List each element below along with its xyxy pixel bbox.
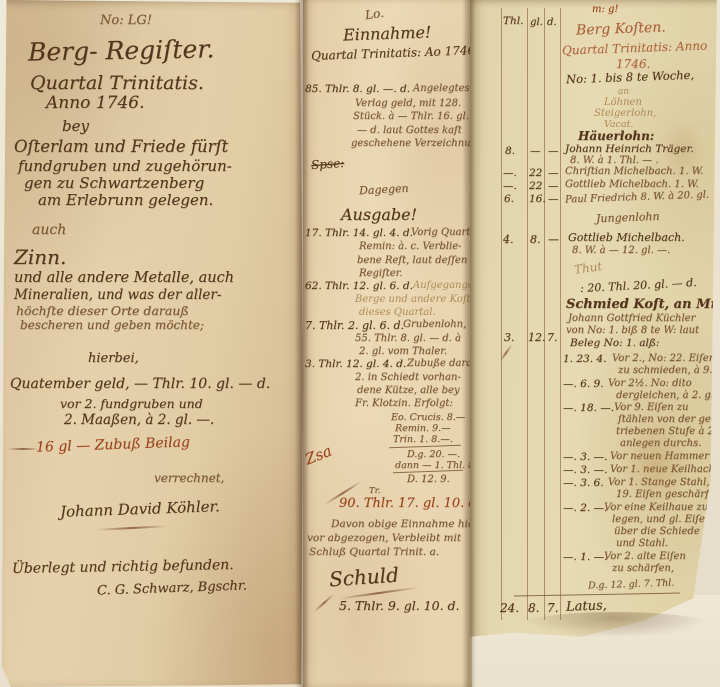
einnahme-heading: Einnahme! [343, 24, 432, 43]
item-nums: —. 2. —. [563, 503, 607, 514]
scope-line: höchſte dieser Orte darauß [16, 305, 189, 318]
table-rule-vertical [501, 8, 502, 620]
item-text: Vor 9. Eiſen zu [614, 403, 688, 413]
expense-amount: 62. Thlr. 12. gl. 6. d. [305, 281, 413, 292]
wage-thl: 6. [504, 194, 514, 205]
wage-d: — [548, 234, 559, 245]
expense-text: Zubuße darauf und [407, 359, 472, 369]
column-header-thl: Thl. [503, 16, 523, 27]
item-text: Vor 2. alte Eiſen [604, 552, 686, 562]
expense-text: dene Kütze, alle bey [357, 386, 460, 396]
sub-sum: Eo. Crucis. 8.— [391, 413, 465, 423]
wage-gl: 16. [529, 194, 546, 205]
expense-text: Vorig Quartal [411, 228, 472, 238]
balance-line: Schluß Quartal Trinit. a. [309, 547, 439, 558]
item-nums: 1. 23. 4. [563, 354, 606, 365]
dedication-line: Oſterlam und Friede fürſt [14, 139, 228, 156]
ink-stroke [8, 448, 38, 450]
wage-thl: —. [503, 168, 517, 179]
income-text: geschehene Verzeichnuß. [351, 139, 472, 149]
wage-d: — [548, 181, 559, 192]
wage-gl: 22 [529, 168, 542, 179]
verrechnet-line: verrechnet, [154, 472, 224, 484]
bergkosten-title: Berg Koſten. [576, 20, 666, 37]
motto-line: m: g! [592, 5, 618, 15]
auch-line: auch [32, 223, 66, 237]
schmied-gl: 12. [528, 332, 546, 343]
summa-superscript: Tr. [369, 487, 381, 496]
sub-sum: Trin. 1. 8.—. [393, 435, 453, 445]
item-text: ſtählen von der ge- [618, 415, 714, 425]
summa-mark: Zsa [303, 443, 334, 467]
quatember-line: Quatember geld, — Thlr. 10. gl. — d. [10, 377, 270, 391]
jungenlohn-heading: Jungenlohn [596, 211, 660, 224]
scope-line: Mineralien, und was der aller- [14, 289, 221, 303]
item-text: Vor 2½. No: dito [608, 379, 692, 389]
wage-gl: 8. [530, 234, 541, 245]
page-title: Berg- Regiſter. [28, 36, 215, 64]
summa-line: 90. Thlr. 17. gl. 10. d. [339, 497, 472, 510]
expense-text: Aufgegangene [413, 281, 472, 291]
item-nums: —. 6. 9. [563, 379, 604, 390]
item-text: anlegen durchs. [620, 439, 701, 449]
dedication-line: fundgruben und zugehörun- [18, 159, 232, 174]
item-text: Vor 2., No: 22. Eiſen [612, 354, 715, 364]
wage-thl: 8. [505, 146, 515, 157]
subtotal-line: D.g. 12. gl. 7. Thl. [588, 578, 675, 591]
manuscript-photo: No: LG! Berg- Regiſter. Quartal Trinitat… [0, 0, 720, 687]
bey-line: bey [62, 119, 89, 134]
item-nums: —. 3. —. [563, 452, 607, 463]
expense-text: 2. in Schiedt vorhan- [355, 373, 461, 383]
wage-text: Chriſtian Michelbach. 1. W. [565, 167, 703, 177]
wage-d: — [548, 168, 559, 179]
schuld-heading: Schuld [328, 565, 399, 590]
an-line: an [618, 88, 629, 97]
sub-sum: D.g. 20. —. [407, 450, 460, 460]
signature-schwarz: C. G. Schwarz, Bgschr. [97, 579, 247, 597]
item-text: Vor neuen Hammer [610, 452, 709, 462]
item-text: dergleichen, à 2. gl. d. [616, 391, 718, 401]
quatember-line: vor 2. fundgruben und [60, 398, 203, 411]
item-text: und Stahl. [616, 539, 668, 549]
expense-text: 55. Thlr. 8. gl. — d. à [355, 334, 461, 344]
income-text: Stück. à — Thlr. 16. gl. [353, 112, 469, 122]
page-curl-shadow [520, 612, 710, 638]
item-text: 19. Eiſen geschärfet [616, 490, 718, 500]
sub-sum: D. 12. 9. [407, 475, 450, 485]
zubuss-note: 16 gl — Zubuß Beilag [36, 435, 190, 454]
item-text: Vor eine Keilhaue zu ver- [604, 503, 718, 513]
column-header-d: d. [547, 18, 557, 28]
quatember-line: 2. Maaßen, à 2. gl. —. [64, 414, 214, 428]
hierbei-line: hierbei, [88, 352, 139, 365]
expense-text: Berge und andere Koſten [355, 295, 472, 305]
dedication-line: gen zu Schwartzenberg [24, 176, 204, 191]
bergkosten-title-line: 1746. [616, 58, 650, 70]
item-text: zu schärfen, [612, 564, 674, 574]
wage-text: 8. W. à 1. Thl. — . [570, 156, 659, 166]
income-text: Angelegtes [413, 84, 470, 94]
balance-line: vor abgezogen, Verbleibt mit [307, 533, 461, 544]
expense-text: Remin: à. c. Verblie- [359, 242, 462, 252]
wage-gl: 22 [529, 181, 542, 192]
expense-amount: 17. Thlr. 14. gl. 4. d. [305, 228, 413, 239]
flourish-mark: Lo. [364, 7, 384, 21]
total-rule [514, 593, 680, 597]
schmied-thl: 3. [504, 332, 515, 343]
left-page: No: LG! Berg- Regiſter. Quartal Trinitat… [2, 0, 303, 687]
table-rule-vertical [544, 8, 545, 620]
bergkosten-title-line: Quartal Trinitatis: Anno [562, 39, 708, 56]
einnahme-subheading: Quartal Trinitatis: Ao 1746. [311, 44, 472, 62]
item-text: legen, und gl. Eiſen [612, 515, 711, 525]
item-text: Vor 1. neue Keilhacke [610, 465, 718, 475]
expense-text: Grubenlohn, vor [403, 320, 472, 330]
wage-gl: — [530, 146, 541, 157]
year-line: Anno 1746. [46, 95, 144, 112]
schmied-d: 7. [547, 332, 558, 343]
wage-thl: 4. [503, 234, 514, 245]
expense-text: Fr. Klotzin. Erfolgt: [355, 399, 453, 409]
schuld-amount: 5. Thlr. 9. gl. 10. d. [339, 600, 460, 613]
expense-text: bene Reſt, laut deſſen [357, 256, 467, 266]
faint-line: Löhnen [604, 98, 642, 108]
sum-rule [389, 445, 461, 449]
item-nums: —. 18. —. [563, 403, 614, 414]
schmied-heading: Schmied Koſt, an Mr. [566, 298, 718, 311]
item-nums: —. 3. —. [563, 465, 607, 476]
wage-text: Gottlieb Michelbach. [568, 232, 685, 243]
week-range-line: No: 1. bis 8 te Woche, [566, 70, 694, 86]
expense-amount: 7. Thlr. 2. gl. 6. d. [305, 320, 404, 331]
haeuerlohn-heading: Häuerlohn: [578, 130, 654, 142]
faint-line: Steigerlohn, [594, 109, 656, 119]
column-header-gl: gl. [530, 18, 543, 28]
latus-d: 7. [547, 602, 558, 614]
zinn-line: Zinn. [14, 247, 66, 267]
item-text: zu schmieden, à 9. gl. [618, 366, 718, 376]
expense-text: Regiſter. [359, 269, 403, 279]
dedication-line: am Erlebrunn gelegen. [38, 193, 213, 208]
dagegen-line: Dagegen [359, 183, 409, 197]
income-amount: 85. Thlr. 8. gl. —. d. [305, 84, 410, 95]
item-text: über die Schiede bey [614, 527, 718, 537]
table-rule-vertical [560, 8, 561, 620]
right-page: m: g! Thl. gl. d. Berg Koſten. Quartal T… [470, 0, 718, 640]
schmied-heading-line: Johann Gottfried Küchler [568, 314, 695, 324]
latus-gl: 8. [528, 602, 539, 614]
wage-d: — [548, 146, 559, 157]
income-text: — d. laut Gottes kaſt [357, 126, 462, 136]
approval-line: Überlegt und richtig befunden. [12, 558, 234, 576]
latus-thl: 24. [500, 602, 519, 614]
item-text: triebenen Stufe à 2. gl. [616, 427, 718, 437]
expense-text: 2. gl. vom Thaler. [359, 347, 447, 357]
expense-text: dieses Quartal. [359, 308, 436, 318]
sub-sum: Remin. 9.— [395, 424, 451, 434]
scope-line: bescheren und geben möchte; [20, 319, 204, 331]
expense-amount: 3. Thlr. 12. gl. 4. d. [305, 359, 406, 370]
folio-number: No: LG! [100, 14, 152, 27]
table-rule-vertical [527, 8, 528, 620]
item-nums: —. 1. —. [563, 552, 607, 563]
balance-line: Davon obige Einnahme hier [331, 519, 472, 530]
item-nums: —. 3. 6. [563, 478, 604, 489]
signature-koehler: Johann David Köhler. [60, 499, 220, 520]
wage-d: — [548, 194, 559, 205]
middle-page: Lo. Einnahme! Quartal Trinitatis: Ao 174… [303, 0, 472, 687]
schmied-heading-line: von No: 1. biß 8 te W: laut [566, 326, 699, 336]
quarter-line: Quartal Trinitatis. [30, 74, 204, 93]
thut-amount: : 20. Thl. 20. gl. — d. [580, 277, 697, 294]
income-text: Verlag geld, mit 128. [355, 99, 461, 109]
spse-mark: Spse: [311, 157, 345, 171]
item-text: Vor 1. Stange Stahl, in [608, 478, 718, 488]
wage-text: Paul Friedrich 8. W. à 20. gl. [565, 190, 709, 205]
wage-text: Gottlieb Michelbach. 1. W. [565, 180, 699, 190]
signature-flourish [97, 525, 167, 531]
ausgabe-heading: Ausgabe! [341, 207, 417, 223]
wage-text: Johann Heinrich Träger. [565, 144, 694, 155]
wage-thl: —. [503, 181, 517, 192]
schmied-heading-line: Beleg No: 1. alß: [570, 338, 659, 349]
scope-line: und alle andere Metalle, auch [14, 271, 234, 286]
ink-stroke [314, 594, 335, 613]
thut-mark: Thut [573, 260, 603, 276]
wage-text: 8. W. à — 12. gl. —. [572, 246, 670, 256]
